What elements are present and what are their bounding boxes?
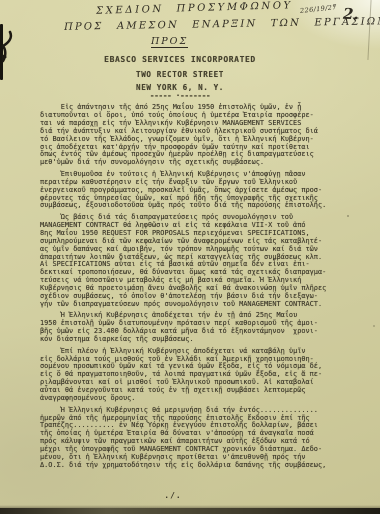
letter-body: Εἰς ἀπάντησιν τῆς ἀπό 25ης Μαΐου 1950 ἐπ… bbox=[40, 104, 346, 473]
paragraph-5: Ἐπί πλέον ἡ Ἑλληνική Κυβέρνησις ἀποδέχετ… bbox=[40, 348, 346, 403]
handwritten-title-pros: ΠΡΟΣ bbox=[151, 36, 188, 48]
scan-bottom-shadow bbox=[0, 505, 380, 508]
paragraph-6: Ἡ Ἑλληνική Κυβέρνησις θά μεριμνήσῃ διά τ… bbox=[40, 407, 346, 470]
handwritten-archive-reference: 226/19/27 bbox=[300, 3, 338, 15]
handwritten-title-line1: ΣΧΕΔΙΟΝ ΠΡΟΣΥΜΦΩΝΟΥ bbox=[96, 0, 293, 16]
paragraph-1: Εἰς ἀπάντησιν τῆς ἀπό 25ης Μαΐου 1950 ἐπ… bbox=[40, 104, 346, 167]
scanned-letter-page: ΣΧΕΔΙΟΝ ΠΡΟΣΥΜΦΩΝΟΥ ΠΡΟΣ ΑΜΕΣΟΝ ΕΝΑΡΞΙΝ … bbox=[0, 0, 380, 514]
letterhead-divider: ----- ·------- bbox=[0, 91, 360, 100]
letterhead-address-line1: TWO RECTOR STREET bbox=[0, 70, 360, 79]
paragraph-3: Ὡς βάσις διά τάς διαπραγματεύσεις πρός σ… bbox=[40, 214, 346, 309]
paper-crease bbox=[367, 0, 371, 60]
scan-bottom-edge bbox=[0, 508, 380, 514]
paragraph-4: Ἡ Ἑλληνική Κυβέρνησις ἀποδέχεται τήν ἐν … bbox=[40, 312, 346, 344]
continuation-mark: ./. bbox=[0, 491, 346, 500]
letterhead-company-name: EBASCO SERVICES INCORPORATED bbox=[0, 55, 360, 64]
handwritten-page-number: 2. bbox=[343, 5, 359, 24]
handwritten-title-line2: ΠΡΟΣ ΑΜΕΣΟΝ ΕΝΑΡΞΙΝ ΤΩΝ ΕΡΓΑΣΙΩΝ bbox=[64, 16, 380, 33]
paragraph-2: Ἐπιθυμοῦσα ἐν τούτοις ἡ Ἑλληνική Κυβέρνη… bbox=[40, 171, 346, 211]
